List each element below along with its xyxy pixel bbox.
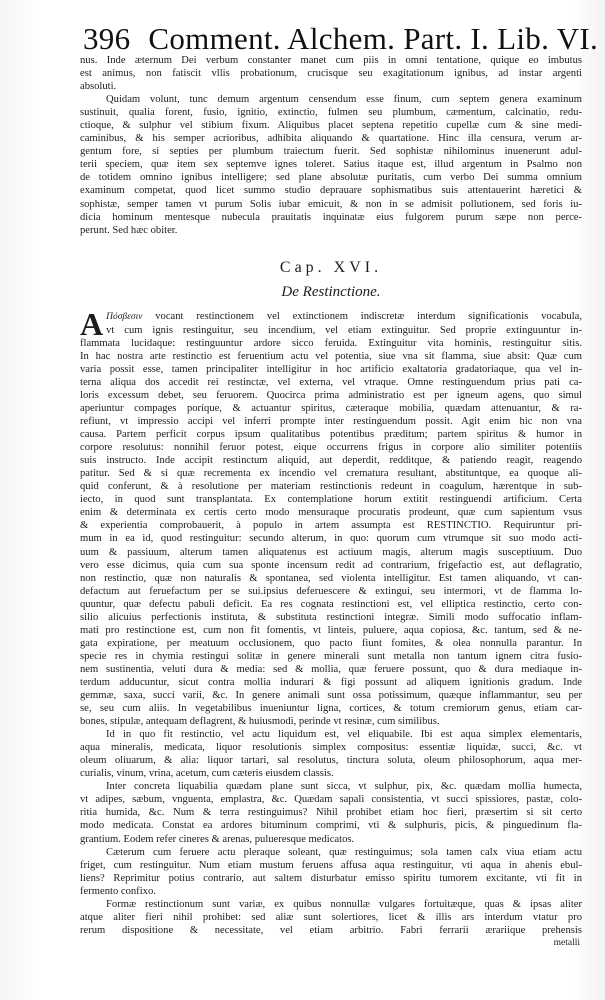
chapter-number: Cap. XVI.: [80, 259, 582, 277]
text-line: liens? Reprimitur potius contrario, aut …: [80, 872, 582, 885]
text-line: iecto, in quod sunt transplantata. Ex co…: [80, 493, 582, 506]
chapter-title: De Restinctione.: [80, 283, 582, 301]
text-line: terdum adducuntur, sicut contra mollia i…: [80, 676, 582, 689]
catchword: metalli: [80, 937, 582, 949]
text-line: specie res in chymia restingui solitæ in…: [80, 650, 582, 663]
text-line: vocant restinctionem vel extinctionem in…: [142, 311, 582, 322]
text-line: de totidem omnino ignibus intelligere; s…: [80, 171, 582, 184]
text-line: quuntur, quæ defectu pabuli deficit. Ea …: [80, 598, 582, 611]
text-line: ctioque, & sulphur vel stibium fixum. Al…: [80, 119, 582, 132]
text-line: terna aliqua dos accedit rei restinctæ, …: [80, 376, 582, 389]
text-line: causa. Partem perficit corpus ipsum qual…: [80, 428, 582, 441]
text-line: & experientia comprobauerit, à populo in…: [80, 519, 582, 532]
text-line: silio alicuius perfectionis instituta, &…: [80, 611, 582, 624]
paragraph-inter-concreta: Inter concreta liquabilia quædam plane s…: [80, 780, 582, 845]
text-line: rerum dispositione & necessitate, vel et…: [80, 924, 582, 937]
text-line: bones, stipulæ, antequam deflagrent, & h…: [80, 715, 582, 728]
text-line: mati pro restinctione est, cum non fit f…: [80, 624, 582, 637]
text-line: suis instructo. Inde accipit restinctum …: [80, 454, 582, 467]
text-line: terii speciem, quæ item sex septemve ign…: [80, 158, 582, 171]
text-line: vt adipes, sæbum, vnguenta, emplastra, &…: [80, 793, 582, 806]
paragraph-continuation: nus. Inde æternum Dei verbum constanter …: [80, 54, 582, 93]
text-line: Inter concreta liquabilia quædam plane s…: [80, 780, 582, 793]
paragraph-caeterum: Cæterum cum feruere actu pleraque solean…: [80, 846, 582, 898]
paragraph-chapter-opening: A Πόσβεσιν vocant restinctionem vel exti…: [80, 310, 582, 729]
text-line: gemmæ, saxa, succi varii, &c. In genere …: [80, 689, 582, 702]
text-line: Cæterum cum feruere actu pleraque solean…: [80, 846, 582, 859]
text-line: absoluti.: [80, 80, 582, 93]
text-line: corpore resolutus: nonnihil feruor potes…: [80, 441, 582, 454]
text-line: sophistæ, semper tamen vt purum Solis iu…: [80, 198, 582, 211]
text-line: refiunt, vt impressio accipi vel inferri…: [80, 415, 582, 428]
text-line: gata expiratione, per meatuum occlusione…: [80, 637, 582, 650]
text-line: aperiuntur compages poríque, & actuantur…: [80, 402, 582, 415]
text-line: atque aliter fieri nihil prohibet: sed a…: [80, 911, 582, 924]
text-line: fermento confixo.: [80, 885, 582, 898]
text-line: oleum oliuarum, & alia: liquor tartari, …: [80, 754, 582, 767]
book-page: 396Comment. Alchem. Part. I. Lib. VI. nu…: [0, 0, 605, 1000]
paragraph-id-in-quo: Id in quo fit restinctio, vel actu liqui…: [80, 728, 582, 780]
drop-cap: A: [80, 311, 103, 337]
text-line: In hac nostra arte restinctio est feruen…: [80, 350, 582, 363]
text-line: aqua mineralis, medicata, liquor resolut…: [80, 741, 582, 754]
text-line: examinum competat, quod licet summo stud…: [80, 184, 582, 197]
text-line: Quidam volunt, tunc demum argentum cense…: [80, 93, 582, 106]
text-line: uum & passiuum, alterum tamen aliquatenu…: [80, 546, 582, 559]
text-line: patitur. Sed & si quæ recrementa ex ince…: [80, 467, 582, 480]
text-line: curialis, vinum, vrina, acetum, cum cæte…: [80, 767, 582, 780]
text-line: friget, cum restinguitur. Num etiam must…: [80, 859, 582, 872]
text-line: caminibus, & his semper acrioribus, adhi…: [80, 132, 582, 145]
text-line: nem sustinentia, veluti dura & media: se…: [80, 663, 582, 676]
text-line: se, seu cum aliis. In vegetabilibus inue…: [80, 702, 582, 715]
text-line: varia possit esse, tamen principaliter i…: [80, 363, 582, 376]
text-line: gentum fore, si septies per plumbum trai…: [80, 145, 582, 158]
text-line: quid conferunt, & à resolutione per mate…: [80, 480, 582, 493]
paragraph-formae: Formæ restinctionum sunt variæ, ex quibu…: [80, 898, 582, 937]
text-line: loris excessum debet, seu feruorem. Quoc…: [80, 389, 582, 402]
text-line: vero esse dicimus, quia cum sua sponte i…: [80, 559, 582, 572]
text-line: vt cum ignis restinguitur, seu incendium…: [106, 324, 582, 337]
page-body: nus. Inde æternum Dei verbum constanter …: [80, 54, 582, 949]
text-line: non restinctio, quæ non naturalis & spon…: [80, 572, 582, 585]
text-line: ritia humida, &c. Num & terra restinguim…: [80, 806, 582, 819]
text-line: modo medicata. Constat ea ardores bitumi…: [80, 819, 582, 832]
page-number: 396: [83, 21, 130, 56]
text-line: est animus, non fatiscit vllis probation…: [80, 67, 582, 80]
text-line: sustinuit, qualia forent, fusio, ignitio…: [80, 106, 582, 119]
paragraph-quidam: Quidam volunt, tunc demum argentum cense…: [80, 93, 582, 237]
greek-word: Πόσβεσιν: [106, 312, 142, 322]
text-line: defactum aut feruefactum per se sui.ipsi…: [80, 585, 582, 598]
running-title: Comment. Alchem. Part. I. Lib. VI.: [148, 21, 598, 56]
text-line: dicia hominum mentesque nubecula prauita…: [80, 211, 582, 224]
text-line: enim & determinata ex certis certo modo …: [80, 506, 582, 519]
text-line: grantium. Eodem refer cineres & arenas, …: [80, 833, 582, 846]
text-line: Formæ restinctionum sunt variæ, ex quibu…: [80, 898, 582, 911]
text-line: flammata lucidaque: restinguuntur ardore…: [80, 337, 582, 350]
text-line: perunt. Sed hæc obiter.: [80, 224, 582, 237]
text-line: Id in quo fit restinctio, vel actu liqui…: [80, 728, 582, 741]
text-line: nus. Inde æternum Dei verbum constanter …: [80, 54, 582, 67]
running-header: 396Comment. Alchem. Part. I. Lib. VI.: [83, 22, 583, 56]
text-line: mum in ea id, quod restinguitur: secundo…: [80, 532, 582, 545]
